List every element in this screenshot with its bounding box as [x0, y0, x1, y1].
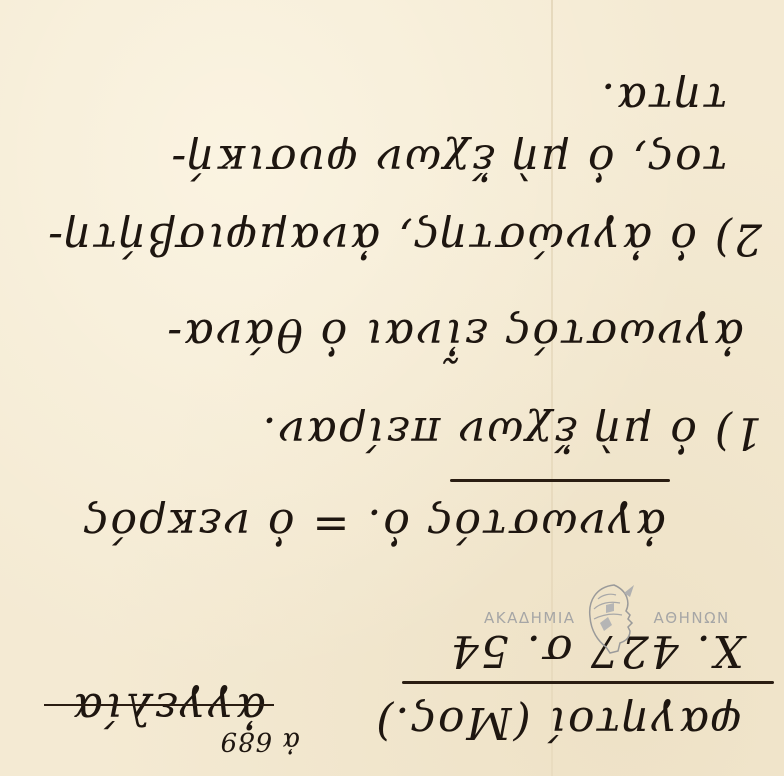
body-line-1: ἀγνωστός ὁ. = ὁ νεκρός [82, 499, 666, 550]
manuscript-page: φαγητοί (Μος.) Χ. 427 σ. 54 ἀ 689 ἀγγελί… [0, 0, 784, 776]
headword-underline [402, 681, 774, 684]
athena-head-icon [584, 581, 646, 655]
body-line-5: τος, ὁ μὴ ἔχων φυσική- [169, 135, 728, 186]
strike-through [44, 704, 274, 706]
academy-watermark: ΑΚΑΔΗΜΙΑ ΑΘΗΝΩΝ [484, 578, 784, 658]
body-line-3: ἀγνωστός εἶναι ὁ θάνα- [165, 309, 744, 360]
struck-word: ἀγγελία [71, 683, 266, 734]
body-line-2: 1) ὁ μὴ ἔχων πείραν. [260, 407, 762, 458]
body-line-4: 2) ὁ ἀγνώστης, ἀναμφισβήτη- [46, 213, 762, 264]
body-line-6: τητα. [599, 73, 728, 124]
headword: φαγητοί (Μος.) [374, 697, 742, 748]
watermark-left-text: ΑΚΑΔΗΜΙΑ [484, 609, 576, 627]
handwritten-sheet-rotated: φαγητοί (Μος.) Χ. 427 σ. 54 ἀ 689 ἀγγελί… [0, 0, 784, 776]
body-line-1-underline [450, 479, 670, 482]
watermark-right-text: ΑΘΗΝΩΝ [654, 609, 730, 627]
